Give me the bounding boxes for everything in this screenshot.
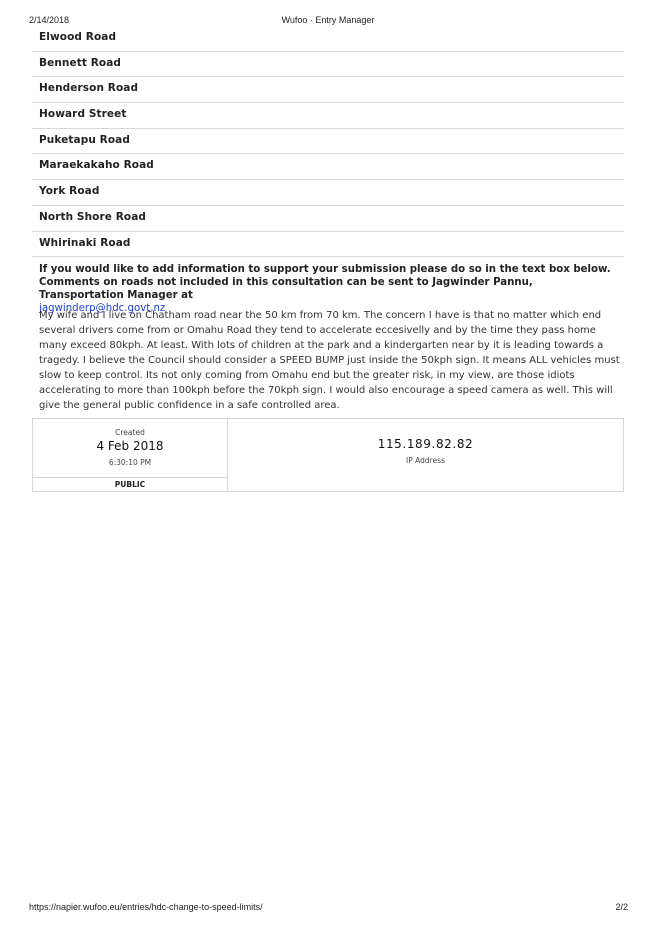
created-label: Created (33, 428, 227, 437)
created-time: 6:30:10 PM (33, 458, 227, 467)
road-name: Elwood Road (39, 31, 116, 43)
road-row: Puketapu Road (32, 129, 624, 155)
road-name: Maraekakaho Road (39, 159, 154, 171)
entry-meta: Created 4 Feb 2018 6:30:10 PM PUBLIC 115… (32, 418, 624, 492)
road-row: Whirinaki Road (32, 232, 624, 258)
print-footer: https://napier.wufoo.eu/entries/hdc-chan… (0, 902, 656, 916)
created-cell: Created 4 Feb 2018 6:30:10 PM PUBLIC (33, 419, 228, 491)
road-name: Bennett Road (39, 57, 121, 69)
road-list: Elwood Road Bennett Road Henderson Road … (32, 26, 624, 257)
road-row: North Shore Road (32, 206, 624, 232)
road-row: York Road (32, 180, 624, 206)
road-row: Maraekakaho Road (32, 154, 624, 180)
comment-text: My wife and I live on Chatham road near … (39, 308, 621, 413)
road-name: Whirinaki Road (39, 237, 131, 249)
road-row: Howard Street (32, 103, 624, 129)
status-badge: PUBLIC (33, 477, 227, 491)
print-title: Wufoo · Entry Manager (0, 15, 656, 25)
info-text: If you would like to add information to … (39, 264, 611, 301)
ip-cell: 115.189.82.82 IP Address (228, 419, 623, 491)
road-name: Howard Street (39, 108, 126, 120)
road-name: Henderson Road (39, 82, 138, 94)
road-row: Henderson Road (32, 77, 624, 103)
print-url: https://napier.wufoo.eu/entries/hdc-chan… (29, 902, 263, 912)
road-name: North Shore Road (39, 211, 146, 223)
ip-address: 115.189.82.82 (228, 437, 623, 451)
page-number: 2/2 (615, 902, 628, 912)
road-row: Bennett Road (32, 52, 624, 78)
road-name: Puketapu Road (39, 134, 130, 146)
road-row: Elwood Road (32, 26, 624, 52)
created-date: 4 Feb 2018 (33, 439, 227, 453)
road-name: York Road (39, 185, 99, 197)
ip-label: IP Address (228, 456, 623, 465)
